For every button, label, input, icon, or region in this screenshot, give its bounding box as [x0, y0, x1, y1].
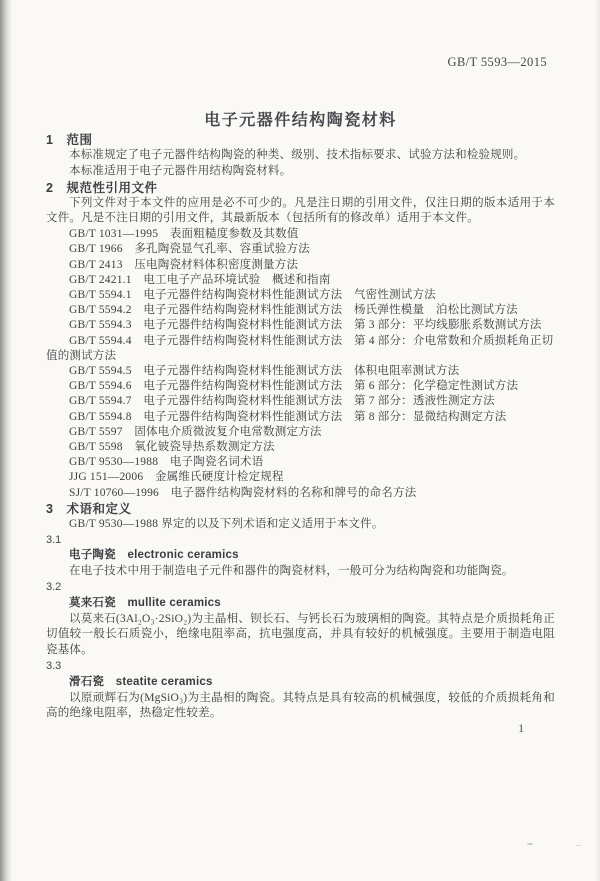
- reference-item: GB/T 9530—1988 电子陶瓷名词术语: [46, 455, 555, 470]
- term-definition: 以原顽辉石为(MgSiO₃)为主晶相的陶瓷。其特点是具有较高的机械强度，较低的介…: [46, 691, 555, 723]
- term-block: 3.3 滑石瓷 steatite ceramics 以原顽辉石为(MgSiO₃)…: [46, 659, 555, 722]
- scan-edge-shadow: [0, 0, 12, 881]
- scan-speck: [527, 843, 533, 845]
- term-name: 滑石瓷 steatite ceramics: [46, 675, 555, 691]
- reference-item: GB/T 2421.1 电工电子产品环境试验 概述和指南: [46, 273, 555, 288]
- term-name: 莫来石瓷 mullite ceramics: [46, 596, 555, 612]
- reference-item: GB/T 5594.4 电子元器件结构陶瓷材料性能测试方法 第 4 部分：介电常…: [46, 334, 555, 364]
- document-title: 电子元器件结构陶瓷材料: [46, 110, 555, 132]
- term-number: 3.1: [46, 533, 555, 549]
- reference-item: GB/T 5594.2 电子元器件结构陶瓷材料性能测试方法 杨氏弹性模量 泊松比…: [46, 303, 555, 318]
- section-3-intro: GB/T 9530—1988 界定的以及下列术语和定义适用于本文件。: [46, 517, 555, 533]
- term-definition: 在电子技术中用于制造电子元件和器件的陶瓷材料，一般可分为结构陶瓷和功能陶瓷。: [46, 564, 555, 580]
- scan-speck: [576, 845, 581, 846]
- term-name: 电子陶瓷 electronic ceramics: [46, 548, 555, 564]
- reference-item: GB/T 5594.8 电子元器件结构陶瓷材料性能测试方法 第 8 部分：显微结…: [46, 410, 555, 425]
- reference-item: GB/T 5594.6 电子元器件结构陶瓷材料性能测试方法 第 6 部分：化学稳…: [46, 379, 555, 394]
- term-block: 3.2 莫来石瓷 mullite ceramics 以莫来石(3Al₂O₃·2S…: [46, 580, 555, 659]
- term-number: 3.2: [46, 580, 555, 596]
- section-1-paragraph: 本标准适用于电子元器件用结构陶瓷材料。: [46, 164, 555, 180]
- section-3-heading: 3 术语和定义: [46, 501, 555, 517]
- reference-item: GB/T 5594.3 电子元器件结构陶瓷材料性能测试方法 第 3 部分：平均线…: [46, 318, 555, 333]
- term-definition: 以莫来石(3Al₂O₃·2SiO₂)为主晶相、钡长石、与钙长石为玻璃相的陶瓷。其…: [46, 612, 555, 659]
- term-block: 3.1 电子陶瓷 electronic ceramics 在电子技术中用于制造电…: [46, 533, 555, 580]
- document-page: GB/T 5593—2015 电子元器件结构陶瓷材料 1 范围 本标准规定了电子…: [0, 0, 600, 881]
- page-content: GB/T 5593—2015 电子元器件结构陶瓷材料 1 范围 本标准规定了电子…: [46, 0, 555, 737]
- reference-item: GB/T 5594.1 电子元器件结构陶瓷材料性能测试方法 气密性测试方法: [46, 288, 555, 303]
- reference-item: GB/T 5594.5 电子元器件结构陶瓷材料性能测试方法 体积电阻率测试方法: [46, 364, 555, 379]
- section-1-paragraph: 本标准规定了电子元器件结构陶瓷的种类、级别、技术指标要求、试验方法和检验规则。: [46, 148, 555, 164]
- section-2-heading: 2 规范性引用文件: [46, 180, 555, 196]
- normative-references-list: GB/T 1031—1995 表面粗糙度参数及其数值 GB/T 1966 多孔陶…: [46, 227, 555, 501]
- reference-item: SJ/T 10760—1996 电子器件结构陶瓷材料的名称和牌号的命名方法: [46, 486, 555, 501]
- reference-item: GB/T 1966 多孔陶瓷显气孔率、容重试验方法: [46, 242, 555, 257]
- reference-item: GB/T 1031—1995 表面粗糙度参数及其数值: [46, 227, 555, 242]
- page-number: 1: [46, 722, 555, 737]
- section-2-intro: 下列文件对于本文件的应用是必不可少的。凡是注日期的引用文件，仅注日期的版本适用于…: [46, 196, 555, 228]
- reference-item: GB/T 5598 氧化铍瓷导热系数测定方法: [46, 440, 555, 455]
- document-number: GB/T 5593—2015: [46, 55, 555, 70]
- reference-item: GB/T 5597 固体电介质微波复介电常数测定方法: [46, 425, 555, 440]
- reference-item: GB/T 2413 压电陶瓷材料体积密度测量方法: [46, 258, 555, 273]
- section-1-heading: 1 范围: [46, 132, 555, 148]
- reference-item: JJG 151—2006 金属维氏硬度计检定规程: [46, 470, 555, 485]
- scan-edge-shadow-right: [594, 0, 600, 881]
- reference-item: GB/T 5594.7 电子元器件结构陶瓷材料性能测试方法 第 7 部分：透液性…: [46, 394, 555, 409]
- term-number: 3.3: [46, 659, 555, 675]
